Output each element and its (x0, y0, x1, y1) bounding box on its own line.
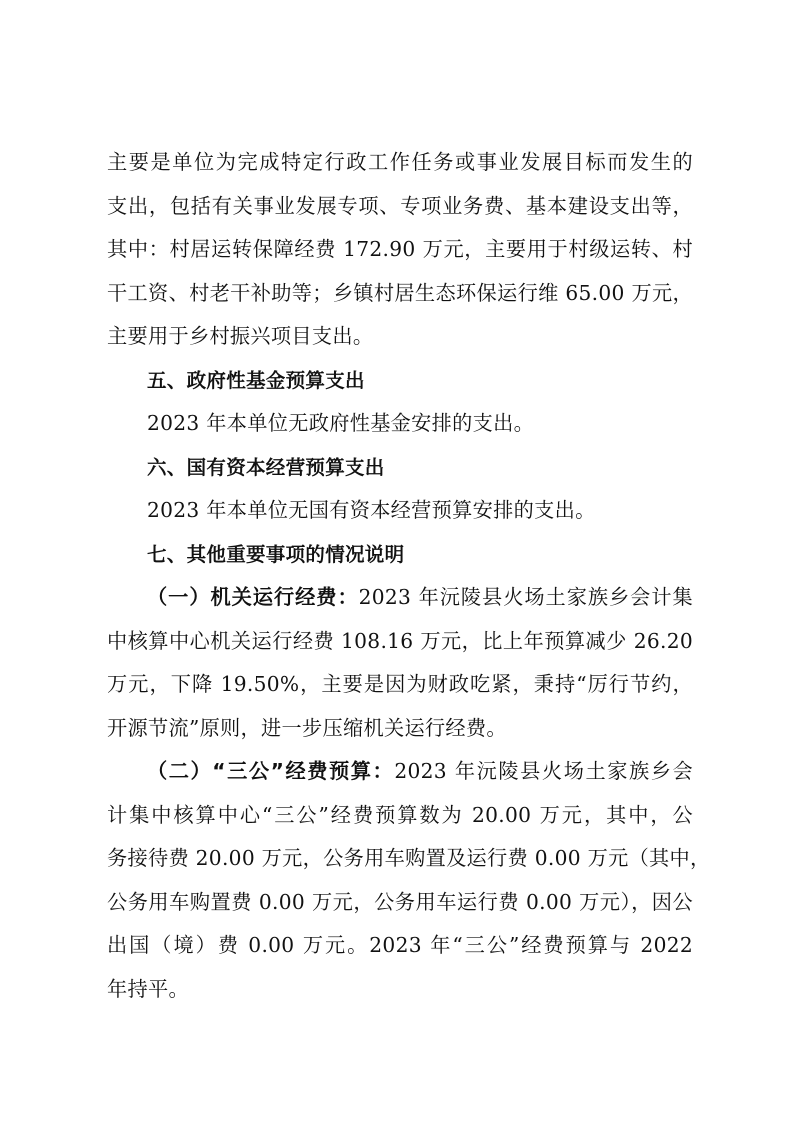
item-three-public-expenses: （二）“三公”经费预算：2023 年沅陵县火场土家族乡会 计集中核算中心“三公”… (107, 750, 693, 1011)
text-line: 务接待费 20.00 万元，公务用车购置及运行费 0.00 万元（其中， (107, 837, 693, 881)
section-heading-other-matters: 七、其他重要事项的情况说明 (107, 533, 693, 577)
text-line: 支出，包括有关事业发展专项、专项业务费、基本建设支出等， (107, 185, 693, 229)
intro-paragraph: 主要是单位为完成特定行政工作任务或事业发展目标而发生的 支出，包括有关事业发展专… (107, 141, 693, 359)
section-heading-state-capital: 六、国有资本经营预算支出 (107, 446, 693, 490)
item-text: 2023 年沅陵县火场土家族乡会 (394, 759, 693, 783)
text-line: 万元，下降 19.50%，主要是因为财政吃紧，秉持“厉行节约， (107, 663, 693, 707)
text-line: 开源节流”原则，进一步压缩机关运行经费。 (107, 707, 693, 751)
text-line: （二）“三公”经费预算：2023 年沅陵县火场土家族乡会 (107, 750, 693, 794)
section-body-state-capital: 2023 年本单位无国有资本经营预算安排的支出。 (107, 489, 693, 533)
text-line: （一）机关运行经费：2023 年沅陵县火场土家族乡会计集 (107, 576, 693, 620)
item-label: （二）“三公”经费预算： (147, 759, 394, 783)
item-operating-expenses: （一）机关运行经费：2023 年沅陵县火场土家族乡会计集 中核算中心机关运行经费… (107, 576, 693, 750)
text-line: 出国（境）费 0.00 万元。2023 年“三公”经费预算与 2022 (107, 924, 693, 968)
section-body-government-fund: 2023 年本单位无政府性基金安排的支出。 (107, 402, 693, 446)
section-heading-government-fund: 五、政府性基金预算支出 (107, 359, 693, 403)
text-line: 计集中核算中心“三公”经费预算数为 20.00 万元，其中，公 (107, 794, 693, 838)
text-line: 其中：村居运转保障经费 172.90 万元，主要用于村级运转、村 (107, 228, 693, 272)
text-line: 干工资、村老干补助等；乡镇村居生态环保运行维 65.00 万元， (107, 272, 693, 316)
item-text: 2023 年沅陵县火场土家族乡会计集 (359, 585, 693, 609)
text-line: 年持平。 (107, 968, 693, 1012)
text-line: 主要用于乡村振兴项目支出。 (107, 315, 693, 359)
text-line: 公务用车购置费 0.00 万元，公务用车运行费 0.00 万元），因公 (107, 881, 693, 925)
text-line: 中核算中心机关运行经费 108.16 万元，比上年预算减少 26.20 (107, 620, 693, 664)
document-page: 主要是单位为完成特定行政工作任务或事业发展目标而发生的 支出，包括有关事业发展专… (107, 141, 693, 1011)
text-line: 主要是单位为完成特定行政工作任务或事业发展目标而发生的 (107, 141, 693, 185)
item-label: （一）机关运行经费： (147, 585, 359, 609)
